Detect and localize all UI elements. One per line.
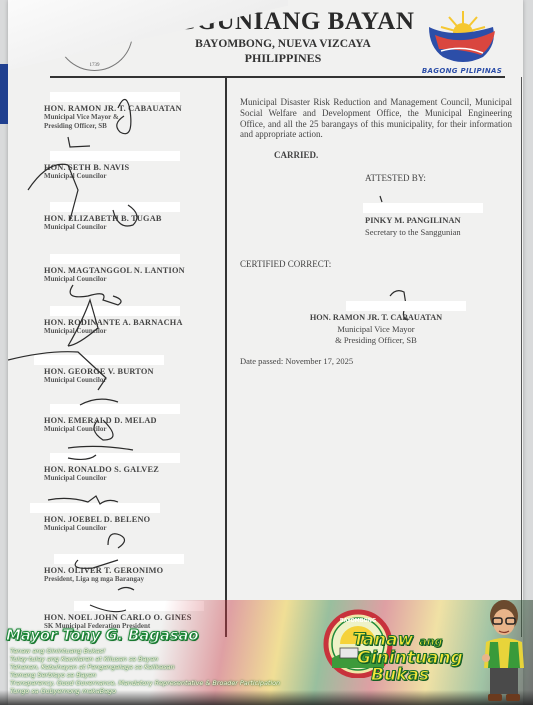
carried-label: CARRIED. (274, 150, 318, 160)
signatory-3: HON. ELIZABETH B. TUGAB Municipal Counci… (44, 214, 162, 232)
right-border (521, 77, 522, 637)
signatory-name: HON. RODINANTE A. BARNACHA (44, 318, 183, 327)
signatory-role: Presiding Officer, SB (44, 122, 182, 131)
signatory-8: HON. RONALDO S. GALVEZ Municipal Council… (44, 465, 159, 483)
signatory-name: HON. RONALDO S. GALVEZ (44, 465, 159, 474)
tagline-list: Tanaw ang Ginintuang Bukas! Tulay-tulay … (10, 648, 280, 695)
signatory-name: HON. SETH B. NAVIS (44, 163, 129, 172)
signatory-name: HON. JOEBEL D. BELENO (44, 515, 150, 524)
signatory-role: Municipal Councilor (44, 474, 159, 483)
signatory-name: HON. EMERALD D. MELAD (44, 416, 157, 425)
bagong-pilipinas-logo-icon (423, 5, 503, 67)
signatory-5: HON. RODINANTE A. BARNACHA Municipal Cou… (44, 318, 183, 336)
seal-year: 1739 (57, 63, 132, 68)
signatory-6: HON. GEORGE V. BURTON Municipal Councilo… (44, 367, 154, 385)
background-blue-strip (0, 64, 8, 124)
mayor-mascot-illustration (478, 598, 530, 703)
signatory-role: Municipal Councilor (44, 425, 157, 434)
signatory-name: HON. RAMON JR. T. CABAUATAN (44, 104, 182, 113)
attested-by-label: ATTESTED BY: (365, 173, 426, 183)
signatory-1: HON. RAMON JR. T. CABAUATAN Municipal Vi… (44, 104, 182, 131)
signatory-4: HON. MAGTANGGOL N. LANTION Municipal Cou… (44, 266, 185, 284)
bagong-pilipinas-label: BAGONG PILIPINAS (412, 67, 512, 75)
campaign-line1-small: ang (419, 635, 442, 648)
secretary-name: PINKY M. PANGILINAN (365, 215, 461, 225)
signatory-role: Municipal Councilor (44, 327, 183, 336)
certifier-role: Municipal Vice Mayor (240, 324, 512, 334)
signatory-7: HON. EMERALD D. MELAD Municipal Councilo… (44, 416, 157, 434)
certified-correct-label: CERTIFIED CORRECT: (240, 259, 331, 269)
column-divider (225, 77, 227, 637)
header-divider (50, 76, 505, 78)
signatory-role: Municipal Councilor (44, 376, 154, 385)
letterhead-location: BAYOMBONG, NUEVA VIZCAYA (178, 38, 388, 50)
certifier-name: HON. RAMON JR. T. CABAUATAN (240, 313, 512, 322)
tagline: Tungo sa Gobyernong makaBago (10, 688, 280, 696)
campaign-logo-text: Tanaw ang Ginintuang Bukas (353, 632, 463, 684)
date-passed: Date passed: November 17, 2025 (240, 356, 353, 366)
certifier-role: & Presiding Officer, SB (240, 335, 512, 345)
signatory-2: HON. SETH B. NAVIS Municipal Councilor (44, 163, 129, 181)
signatory-name: HON. OLIVER T. GERONIMO (44, 566, 163, 575)
secretary-role: Secretary to the Sanggunian (365, 227, 461, 237)
signatory-name: HON. MAGTANGGOL N. LANTION (44, 266, 185, 275)
signatory-role: President, Liga ng mga Barangay (44, 575, 163, 584)
signatory-role: Municipal Councilor (44, 223, 162, 232)
signatory-10: HON. OLIVER T. GERONIMO President, Liga … (44, 566, 163, 584)
signatory-role: Municipal Councilor (44, 524, 150, 533)
letterhead-country: PHILIPPINES (178, 51, 388, 66)
resolution-paragraph: Municipal Disaster Risk Reduction and Ma… (240, 97, 512, 140)
signatory-role: Municipal Councilor (44, 172, 129, 181)
emblem-ring-text: BAYOMBONG (340, 618, 376, 624)
campaign-line3: Bukas (371, 667, 463, 684)
mayor-name-overlay: Mayor Tony G. Bagasao (6, 626, 198, 644)
signatory-name: HON. GEORGE V. BURTON (44, 367, 154, 376)
campaign-line1: Tanaw (353, 630, 413, 650)
signatory-name: HON. ELIZABETH B. TUGAB (44, 214, 162, 223)
signatory-role: Municipal Vice Mayor & (44, 113, 182, 122)
signatory-role: Municipal Councilor (44, 275, 185, 284)
signatory-9: HON. JOEBEL D. BELENO Municipal Councilo… (44, 515, 150, 533)
